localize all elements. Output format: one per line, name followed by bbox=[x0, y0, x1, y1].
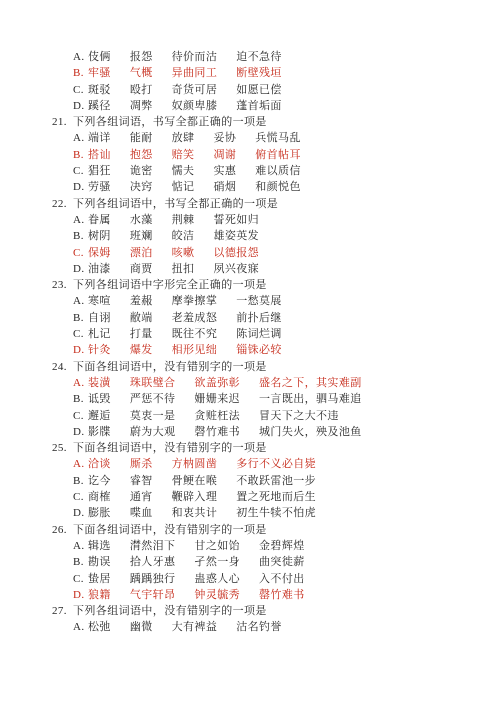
option-word: 誓死如归 bbox=[213, 214, 259, 226]
option-letter: B. bbox=[73, 310, 88, 326]
option-letter: D. bbox=[73, 587, 88, 603]
option-letter: A. bbox=[73, 619, 88, 635]
option-word: 多行不义必自毙 bbox=[236, 458, 316, 470]
question-number: 24. bbox=[52, 359, 73, 375]
option-word: 钟灵毓秀 bbox=[194, 589, 240, 601]
question-number: 26. bbox=[52, 522, 73, 538]
option-row: A.辑选潸然泪下甘之如饴金碧辉煌 bbox=[0, 538, 500, 554]
option-word: 和衷共计 bbox=[172, 507, 218, 519]
question-title-row: 21.下列各组词语，书写全都正确的一项是 bbox=[0, 114, 500, 130]
option-word: 殴打 bbox=[130, 84, 153, 96]
option-word: 相形见绌 bbox=[172, 344, 218, 356]
option-row: B.勘误拾人牙惠孑然一身曲突徙薪 bbox=[0, 554, 500, 570]
option-row: D.针灸爆发相形见绌锱铢必较 bbox=[0, 342, 500, 358]
option-row: C.邂逅莫衷一是贪赃枉法冒天下之大不违 bbox=[0, 408, 500, 424]
option-word: 实惠 bbox=[213, 165, 236, 177]
question-title: 下列各组词语中字形完全正确的一项是 bbox=[73, 279, 267, 291]
option-word: 保姆 bbox=[88, 247, 111, 259]
option-row: A.端详能耐放肆妥协兵慌马乱 bbox=[0, 130, 500, 146]
question-title-row: 23.下列各组词语中字形完全正确的一项是 bbox=[0, 277, 500, 293]
question-title-row: 24.下面各组词语中，没有错别字的一项是 bbox=[0, 359, 500, 375]
option-word: 皎洁 bbox=[172, 230, 195, 242]
question-title-row: 25.下面各组词语中，没有错别字的一项是 bbox=[0, 440, 500, 456]
option-word: 寒喧 bbox=[88, 295, 111, 307]
option-word: 蔚为大观 bbox=[130, 426, 176, 438]
option-letter: D. bbox=[73, 98, 88, 114]
question-title-row: 26.下面各组词语中，没有错别字的一项是 bbox=[0, 522, 500, 538]
option-letter: A. bbox=[73, 293, 88, 309]
option-word: 拾人牙惠 bbox=[130, 556, 176, 568]
option-row: C.斑驳殴打奇货可居如愿已偿 bbox=[0, 82, 500, 98]
option-letter: B. bbox=[73, 554, 88, 570]
option-letter: A. bbox=[73, 212, 88, 228]
option-word: 冒天下之大不违 bbox=[259, 410, 339, 422]
option-letter: B. bbox=[73, 473, 88, 489]
option-word: 骨鲠在喉 bbox=[172, 475, 218, 487]
option-word: 邂逅 bbox=[88, 410, 111, 422]
option-word: 羞赧 bbox=[130, 295, 153, 307]
option-word: 老羞成怒 bbox=[172, 312, 218, 324]
option-row: A.伎俩报怨待价而沽迫不急待 bbox=[0, 49, 500, 65]
option-word: 罄竹难书 bbox=[259, 589, 305, 601]
option-word: 膨胀 bbox=[88, 507, 111, 519]
question-title: 下面各组词语中，没有错别字的一项是 bbox=[73, 442, 267, 454]
question-title: 下列各组词语中，书写全都正确的一项是 bbox=[73, 198, 278, 210]
option-letter: D. bbox=[73, 261, 88, 277]
option-word: 珠联璧合 bbox=[130, 377, 176, 389]
option-word: 沽名钓誉 bbox=[236, 621, 282, 633]
option-word: 抱怨 bbox=[130, 149, 153, 161]
option-word: 气概 bbox=[130, 67, 153, 79]
question-number: 22. bbox=[52, 196, 73, 212]
option-letter: D. bbox=[73, 505, 88, 521]
option-word: 咳嗽 bbox=[172, 247, 195, 259]
option-row: A.松弛幽微大有裨益沽名钓誉 bbox=[0, 619, 500, 635]
option-row: C.猖狂诡密懦夫实惠难以质信 bbox=[0, 163, 500, 179]
option-word: 蛊惑人心 bbox=[194, 573, 240, 585]
option-word: 诋毁 bbox=[88, 393, 111, 405]
option-row: C.札记打量既往不究陈词烂调 bbox=[0, 326, 500, 342]
question-number: 25. bbox=[52, 440, 73, 456]
option-letter: B. bbox=[73, 147, 88, 163]
option-word: 城门失火，殃及池鱼 bbox=[259, 426, 362, 438]
option-word: 凋谢 bbox=[213, 149, 236, 161]
option-letter: A. bbox=[73, 538, 88, 554]
option-word: 搭讪 bbox=[88, 149, 111, 161]
option-word: 孑然一身 bbox=[194, 556, 240, 568]
option-word: 姗姗来迟 bbox=[194, 393, 240, 405]
option-word: 待价而沽 bbox=[172, 51, 218, 63]
option-word: 针灸 bbox=[88, 344, 111, 356]
option-word: 鞭辟入理 bbox=[172, 491, 218, 503]
option-word: 雄姿英发 bbox=[213, 230, 259, 242]
option-word: 金碧辉煌 bbox=[259, 540, 305, 552]
option-word: 劳骚 bbox=[88, 181, 111, 193]
option-word: 能耐 bbox=[130, 132, 153, 144]
option-row: D.劳骚决窍惦记硝烟和颜悦色 bbox=[0, 179, 500, 195]
option-letter: A. bbox=[73, 375, 88, 391]
option-word: 眷属 bbox=[88, 214, 111, 226]
option-word: 水藻 bbox=[130, 214, 153, 226]
option-word: 惦记 bbox=[172, 181, 195, 193]
option-letter: D. bbox=[73, 342, 88, 358]
option-word: 洽谈 bbox=[88, 458, 111, 470]
question-number: 27. bbox=[52, 603, 73, 619]
option-letter: A. bbox=[73, 49, 88, 65]
option-word: 敝端 bbox=[130, 312, 153, 324]
option-word: 兵慌马乱 bbox=[255, 132, 301, 144]
option-word: 甘之如饴 bbox=[194, 540, 240, 552]
option-word: 树阴 bbox=[88, 230, 111, 242]
option-row: D.油漆商贾扭扣夙兴夜寐 bbox=[0, 261, 500, 277]
option-word: 班斓 bbox=[130, 230, 153, 242]
option-row: B.树阴班斓皎洁雄姿英发 bbox=[0, 228, 500, 244]
option-word: 锱铢必较 bbox=[236, 344, 282, 356]
option-word: 妥协 bbox=[213, 132, 236, 144]
option-word: 松弛 bbox=[88, 621, 111, 633]
option-letter: B. bbox=[73, 65, 88, 81]
option-row: A.寒喧羞赧摩拳擦掌一愁莫展 bbox=[0, 293, 500, 309]
option-word: 札记 bbox=[88, 328, 111, 340]
question-title: 下面各组词语中，没有错别字的一项是 bbox=[73, 524, 267, 536]
option-word: 睿智 bbox=[130, 475, 153, 487]
option-letter: D. bbox=[73, 424, 88, 440]
option-word: 俯首帖耳 bbox=[255, 149, 301, 161]
option-row: C.商榷通宵鞭辟入理置之死地而后生 bbox=[0, 489, 500, 505]
option-word: 和颜悦色 bbox=[255, 181, 301, 193]
option-word: 决窍 bbox=[130, 181, 153, 193]
option-word: 蹊径 bbox=[88, 100, 111, 112]
option-word: 斑驳 bbox=[88, 84, 111, 96]
option-word: 初生牛犊不怕虎 bbox=[236, 507, 316, 519]
option-word: 荆棘 bbox=[172, 214, 195, 226]
option-row: A.眷属水藻荆棘誓死如归 bbox=[0, 212, 500, 228]
option-word: 如愿已偿 bbox=[236, 84, 282, 96]
option-word: 厮杀 bbox=[130, 458, 153, 470]
option-word: 打量 bbox=[130, 328, 153, 340]
option-word: 辑选 bbox=[88, 540, 111, 552]
option-row: D.狼籍气宇轩昂钟灵毓秀罄竹难书 bbox=[0, 587, 500, 603]
option-word: 狼籍 bbox=[88, 589, 111, 601]
option-letter: C. bbox=[73, 489, 88, 505]
option-word: 放肆 bbox=[172, 132, 195, 144]
option-row: A.洽谈厮杀方枘圆凿多行不义必自毙 bbox=[0, 456, 500, 472]
option-letter: D. bbox=[73, 179, 88, 195]
option-word: 前扑后继 bbox=[236, 312, 282, 324]
option-letter: C. bbox=[73, 571, 88, 587]
option-word: 喋血 bbox=[130, 507, 153, 519]
option-word: 油漆 bbox=[88, 263, 111, 275]
option-word: 难以质信 bbox=[255, 165, 301, 177]
option-letter: C. bbox=[73, 408, 88, 424]
exam-page: A.伎俩报怨待价而沽迫不急待B.牢骚气概异曲同工断壁残垣C.斑驳殴打奇货可居如愿… bbox=[0, 0, 500, 707]
option-letter: C. bbox=[73, 82, 88, 98]
option-word: 大有裨益 bbox=[172, 621, 218, 633]
option-word: 一愁莫展 bbox=[236, 295, 282, 307]
question-title: 下列各组词语，书写全都正确的一项是 bbox=[73, 116, 267, 128]
option-word: 气宇轩昂 bbox=[130, 589, 176, 601]
option-word: 懦夫 bbox=[172, 165, 195, 177]
option-word: 方枘圆凿 bbox=[172, 458, 218, 470]
option-row: B.讫今睿智骨鲠在喉不敢跃雷池一步 bbox=[0, 473, 500, 489]
option-row: B.搭讪抱怨赔笑凋谢俯首帖耳 bbox=[0, 147, 500, 163]
option-word: 赔笑 bbox=[172, 149, 195, 161]
option-word: 幽微 bbox=[130, 621, 153, 633]
option-word: 奇货可居 bbox=[172, 84, 218, 96]
option-row: D.膨胀喋血和衷共计初生牛犊不怕虎 bbox=[0, 505, 500, 521]
question-title: 下列各组词语中，没有错别字的一项是 bbox=[73, 605, 267, 617]
option-word: 凋弊 bbox=[130, 100, 153, 112]
option-word: 勘误 bbox=[88, 556, 111, 568]
option-word: 商榷 bbox=[88, 491, 111, 503]
option-word: 踽踽独行 bbox=[130, 573, 176, 585]
option-word: 曲突徙薪 bbox=[259, 556, 305, 568]
option-word: 牢骚 bbox=[88, 67, 111, 79]
question-title-row: 22.下列各组词语中，书写全都正确的一项是 bbox=[0, 196, 500, 212]
option-word: 异曲同工 bbox=[172, 67, 218, 79]
option-word: 讫今 bbox=[88, 475, 111, 487]
option-word: 通宵 bbox=[130, 491, 153, 503]
option-word: 一言既出，驷马难追 bbox=[259, 393, 362, 405]
option-row: B.牢骚气概异曲同工断壁残垣 bbox=[0, 65, 500, 81]
option-letter: C. bbox=[73, 245, 88, 261]
option-word: 贪赃枉法 bbox=[194, 410, 240, 422]
option-word: 漂泊 bbox=[130, 247, 153, 259]
question-number: 21. bbox=[52, 114, 73, 130]
option-word: 断壁残垣 bbox=[236, 67, 282, 79]
option-word: 奴颜卑膝 bbox=[172, 100, 218, 112]
option-row: B.自诩敝端老羞成怒前扑后继 bbox=[0, 310, 500, 326]
option-word: 爆发 bbox=[130, 344, 153, 356]
option-word: 入不付出 bbox=[259, 573, 305, 585]
option-word: 扭扣 bbox=[172, 263, 195, 275]
option-word: 猖狂 bbox=[88, 165, 111, 177]
option-row: D.影牒蔚为大观磬竹难书城门失火，殃及池鱼 bbox=[0, 424, 500, 440]
option-letter: B. bbox=[73, 391, 88, 407]
question-title-row: 27.下列各组词语中，没有错别字的一项是 bbox=[0, 603, 500, 619]
option-word: 端详 bbox=[88, 132, 111, 144]
option-letter: C. bbox=[73, 163, 88, 179]
option-word: 自诩 bbox=[88, 312, 111, 324]
option-word: 欲盖弥彰 bbox=[194, 377, 240, 389]
option-word: 影牒 bbox=[88, 426, 111, 438]
option-letter: A. bbox=[73, 456, 88, 472]
option-word: 陈词烂调 bbox=[236, 328, 282, 340]
option-word: 硝烟 bbox=[213, 181, 236, 193]
option-row: A.装潢珠联璧合欲盖弥彰盛名之下，其实难副 bbox=[0, 375, 500, 391]
option-word: 磬竹难书 bbox=[194, 426, 240, 438]
option-row: D.蹊径凋弊奴颜卑膝蓬首垢面 bbox=[0, 98, 500, 114]
option-word: 蛰居 bbox=[88, 573, 111, 585]
option-letter: C. bbox=[73, 326, 88, 342]
option-word: 报怨 bbox=[130, 51, 153, 63]
option-row: C.保姆漂泊咳嗽以德报怨 bbox=[0, 245, 500, 261]
option-row: C.蛰居踽踽独行蛊惑人心入不付出 bbox=[0, 571, 500, 587]
option-word: 莫衷一是 bbox=[130, 410, 176, 422]
option-word: 严惩不待 bbox=[130, 393, 176, 405]
question-title: 下面各组词语中，没有错别字的一项是 bbox=[73, 361, 267, 373]
option-row: B.诋毁严惩不待姗姗来迟一言既出，驷马难追 bbox=[0, 391, 500, 407]
option-letter: A. bbox=[73, 130, 88, 146]
option-word: 诡密 bbox=[130, 165, 153, 177]
option-word: 置之死地而后生 bbox=[236, 491, 316, 503]
question-list: A.伎俩报怨待价而沽迫不急待B.牢骚气概异曲同工断壁残垣C.斑驳殴打奇货可居如愿… bbox=[0, 49, 500, 636]
option-word: 以德报怨 bbox=[213, 247, 259, 259]
option-word: 蓬首垢面 bbox=[236, 100, 282, 112]
option-word: 夙兴夜寐 bbox=[213, 263, 259, 275]
option-word: 潸然泪下 bbox=[130, 540, 176, 552]
option-word: 伎俩 bbox=[88, 51, 111, 63]
option-word: 盛名之下，其实难副 bbox=[259, 377, 362, 389]
option-word: 摩拳擦掌 bbox=[172, 295, 218, 307]
option-word: 商贾 bbox=[130, 263, 153, 275]
option-word: 迫不急待 bbox=[236, 51, 282, 63]
option-word: 不敢跃雷池一步 bbox=[236, 475, 316, 487]
question-number: 23. bbox=[52, 277, 73, 293]
option-letter: B. bbox=[73, 228, 88, 244]
option-word: 既往不究 bbox=[172, 328, 218, 340]
option-word: 装潢 bbox=[88, 377, 111, 389]
